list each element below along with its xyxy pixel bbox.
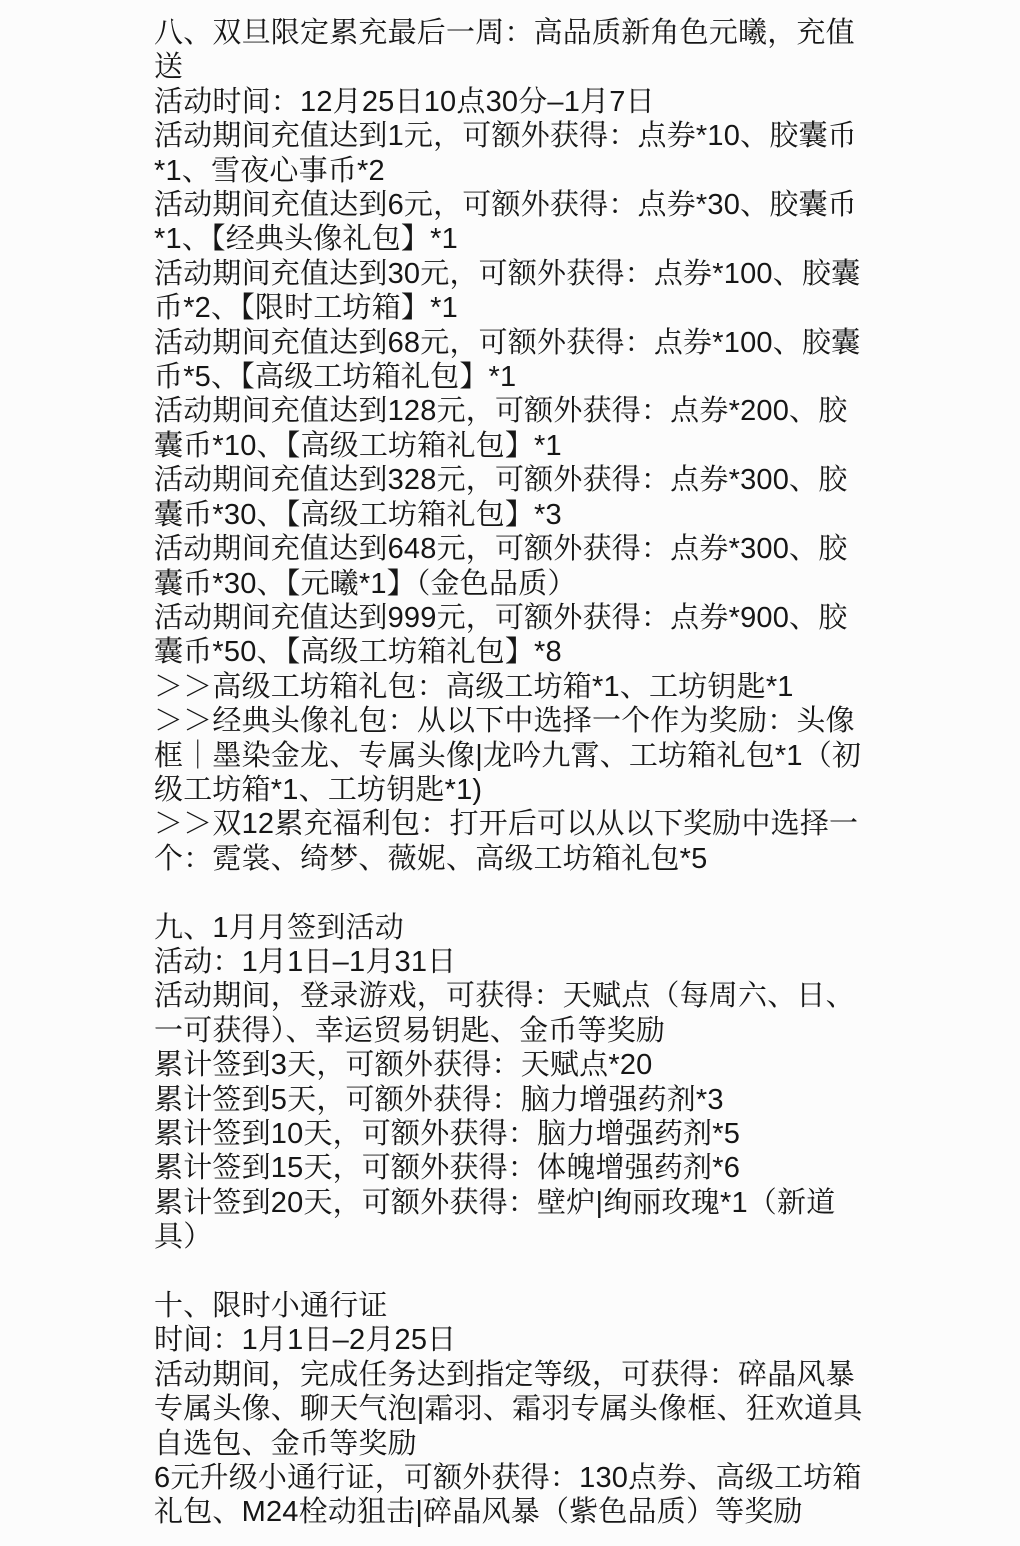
text-line: 活动：1月1日–1月31日 bbox=[154, 945, 1020, 979]
text-line: *1、雪夜心事币*2 bbox=[154, 154, 1020, 188]
text-line: 活动期间充值达到1元，可额外获得：点券*10、胶囊币 bbox=[154, 119, 1020, 153]
text-line: 九、1月月签到活动 bbox=[154, 911, 1020, 945]
text-line: 十、限时小通行证 bbox=[154, 1289, 1020, 1323]
text-line: 囊币*30、【高级工坊箱礼包】*3 bbox=[154, 498, 1020, 532]
text-line: 囊币*10、【高级工坊箱礼包】*1 bbox=[154, 429, 1020, 463]
text-line: 活动期间充值达到328元，可额外获得：点券*300、胶 bbox=[154, 463, 1020, 497]
text-line: 币*2、【限时工坊箱】*1 bbox=[154, 291, 1020, 325]
text-line: 级工坊箱*1、工坊钥匙*1) bbox=[154, 773, 1020, 807]
text-line: ＞＞经典头像礼包：从以下中选择一个作为奖励：头像 bbox=[154, 704, 1020, 738]
text-line: 活动期间充值达到30元，可额外获得：点券*100、胶囊 bbox=[154, 257, 1020, 291]
text-line: 活动期间充值达到648元，可额外获得：点券*300、胶 bbox=[154, 532, 1020, 566]
text-line: 具） bbox=[154, 1220, 1020, 1254]
section-limited-mini-battlepass: 十、限时小通行证时间：1月1日–2月25日活动期间，完成任务达到指定等级，可获得… bbox=[154, 1289, 1020, 1530]
text-line: 时间：1月1日–2月25日 bbox=[154, 1323, 1020, 1357]
text-line: 活动期间充值达到6元，可额外获得：点券*30、胶囊币 bbox=[154, 188, 1020, 222]
text-line: 囊币*50、【高级工坊箱礼包】*8 bbox=[154, 635, 1020, 669]
text-line: ＞＞双12累充福利包：打开后可以从以下奖励中选择一 bbox=[154, 807, 1020, 841]
section-january-signin-event: 九、1月月签到活动活动：1月1日–1月31日活动期间，登录游戏，可获得：天赋点（… bbox=[154, 911, 1020, 1255]
text-line: 个：霓裳、绮梦、薇妮、高级工坊箱礼包*5 bbox=[154, 842, 1020, 876]
text-line: 自选包、金币等奖励 bbox=[154, 1427, 1020, 1461]
text-line: 一可获得）、幸运贸易钥匙、金币等奖励 bbox=[154, 1014, 1020, 1048]
text-line: ＞＞高级工坊箱礼包：高级工坊箱*1、工坊钥匙*1 bbox=[154, 670, 1020, 704]
text-line: 活动期间充值达到128元，可额外获得：点券*200、胶 bbox=[154, 394, 1020, 428]
text-line: 八、双旦限定累充最后一周：高品质新角色元曦，充值 bbox=[154, 16, 1020, 50]
text-line: 礼包、M24栓动狙击|碎晶风暴（紫色品质）等奖励 bbox=[154, 1495, 1020, 1529]
text-line: 累计签到3天，可额外获得：天赋点*20 bbox=[154, 1048, 1020, 1082]
text-line: 6元升级小通行证，可额外获得：130点券、高级工坊箱 bbox=[154, 1461, 1020, 1495]
text-line: 框｜墨染金龙、专属头像|龙吟九霄、工坊箱礼包*1（初 bbox=[154, 739, 1020, 773]
text-line: 累计签到20天，可额外获得：壁炉|绚丽玫瑰*1（新道 bbox=[154, 1186, 1020, 1220]
text-line: 累计签到5天，可额外获得：脑力增强药剂*3 bbox=[154, 1083, 1020, 1117]
event-announcement-document: 八、双旦限定累充最后一周：高品质新角色元曦，充值送活动时间：12月25日10点3… bbox=[0, 0, 1020, 1530]
text-line: 专属头像、聊天气泡|霜羽、霜羽专属头像框、狂欢道具 bbox=[154, 1392, 1020, 1426]
text-line: 活动期间，完成任务达到指定等级，可获得：碎晶风暴 bbox=[154, 1358, 1020, 1392]
text-line: 币*5、【高级工坊箱礼包】*1 bbox=[154, 360, 1020, 394]
text-line: 累计签到15天，可额外获得：体魄增强药剂*6 bbox=[154, 1151, 1020, 1185]
text-line: 活动期间充值达到68元，可额外获得：点券*100、胶囊 bbox=[154, 326, 1020, 360]
text-line: 活动时间：12月25日10点30分–1月7日 bbox=[154, 85, 1020, 119]
text-line: 累计签到10天，可额外获得：脑力增强药剂*5 bbox=[154, 1117, 1020, 1151]
text-line: 活动期间，登录游戏，可获得：天赋点（每周六、日、 bbox=[154, 979, 1020, 1013]
text-line: 囊币*30、【元曦*1】（金色品质） bbox=[154, 567, 1020, 601]
text-line: 送 bbox=[154, 50, 1020, 84]
section-double-festival-recharge-event: 八、双旦限定累充最后一周：高品质新角色元曦，充值送活动时间：12月25日10点3… bbox=[154, 16, 1020, 876]
text-line: *1、【经典头像礼包】*1 bbox=[154, 222, 1020, 256]
text-line: 活动期间充值达到999元，可额外获得：点券*900、胶 bbox=[154, 601, 1020, 635]
